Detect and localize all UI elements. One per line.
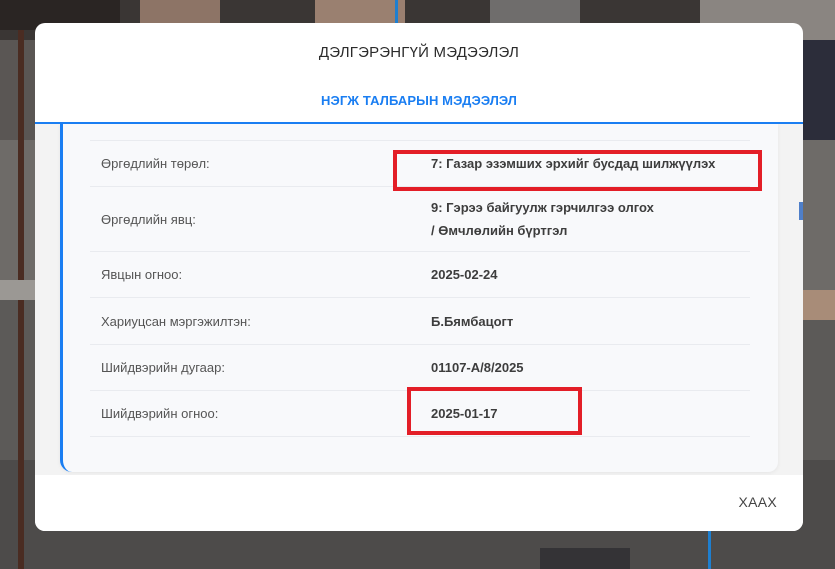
- map-boundary-line: [708, 531, 711, 569]
- detail-value: 7: Газар эзэмших эрхийг бусдад шилжүүлэх: [431, 152, 750, 175]
- close-button[interactable]: ХААХ: [738, 494, 777, 510]
- detail-label: Шийдвэрийн дугаар:: [90, 360, 431, 375]
- detail-label: Өргөдлийн төрөл:: [90, 156, 431, 171]
- tab-parcel-info[interactable]: НЭГЖ ТАЛБАРЫН МЭДЭЭЛЭЛ: [35, 93, 803, 108]
- detail-row-specialist: Хариуцсан мэргэжилтэн: Б.Бямбацогт: [90, 297, 750, 344]
- details-list: Өргөдлийн төрөл: 7: Газар эзэмших эрхийг…: [90, 140, 750, 437]
- detail-value: Б.Бямбацогт: [431, 310, 750, 333]
- detail-value: 2025-01-17: [431, 402, 750, 425]
- details-card: Өргөдлийн төрөл: 7: Газар эзэмших эрхийг…: [60, 124, 778, 472]
- detail-row-application-status: Өргөдлийн явц: 9: Гэрээ байгуулж гэрчилг…: [90, 186, 750, 251]
- modal-title: ДЭЛГЭРЭНГҮЙ МЭДЭЭЛЭЛ: [35, 44, 803, 61]
- scrollbar-thumb[interactable]: [799, 202, 803, 220]
- modal-footer: ХААХ: [35, 475, 803, 531]
- modal-body[interactable]: Өргөдлийн төрөл: 7: Газар эзэмших эрхийг…: [35, 124, 803, 475]
- map-building: [803, 40, 835, 140]
- map-road: [0, 280, 35, 300]
- detail-label: Явцын огноо:: [90, 267, 431, 282]
- detail-row-decision-date: Шийдвэрийн огноо: 2025-01-17: [90, 390, 750, 437]
- detail-value: 2025-02-24: [431, 263, 750, 286]
- detail-label: Шийдвэрийн огноо:: [90, 406, 431, 421]
- detail-row-decision-number: Шийдвэрийн дугаар: 01107-А/8/2025: [90, 344, 750, 390]
- detail-label: Өргөдлийн явц:: [90, 212, 431, 227]
- map-building: [803, 290, 835, 320]
- detail-value: 01107-А/8/2025: [431, 356, 750, 379]
- detail-row-application-type: Өргөдлийн төрөл: 7: Газар эзэмших эрхийг…: [90, 140, 750, 186]
- map-vehicles: [540, 548, 630, 569]
- detail-row-status-date: Явцын огноо: 2025-02-24: [90, 251, 750, 297]
- details-modal: ДЭЛГЭРЭНГҮЙ МЭДЭЭЛЭЛ НЭГЖ ТАЛБАРЫН МЭДЭЭ…: [35, 23, 803, 531]
- detail-label: Хариуцсан мэргэжилтэн:: [90, 314, 431, 329]
- detail-value: 9: Гэрээ байгуулж гэрчилгээ олгох / Өмчл…: [431, 196, 750, 242]
